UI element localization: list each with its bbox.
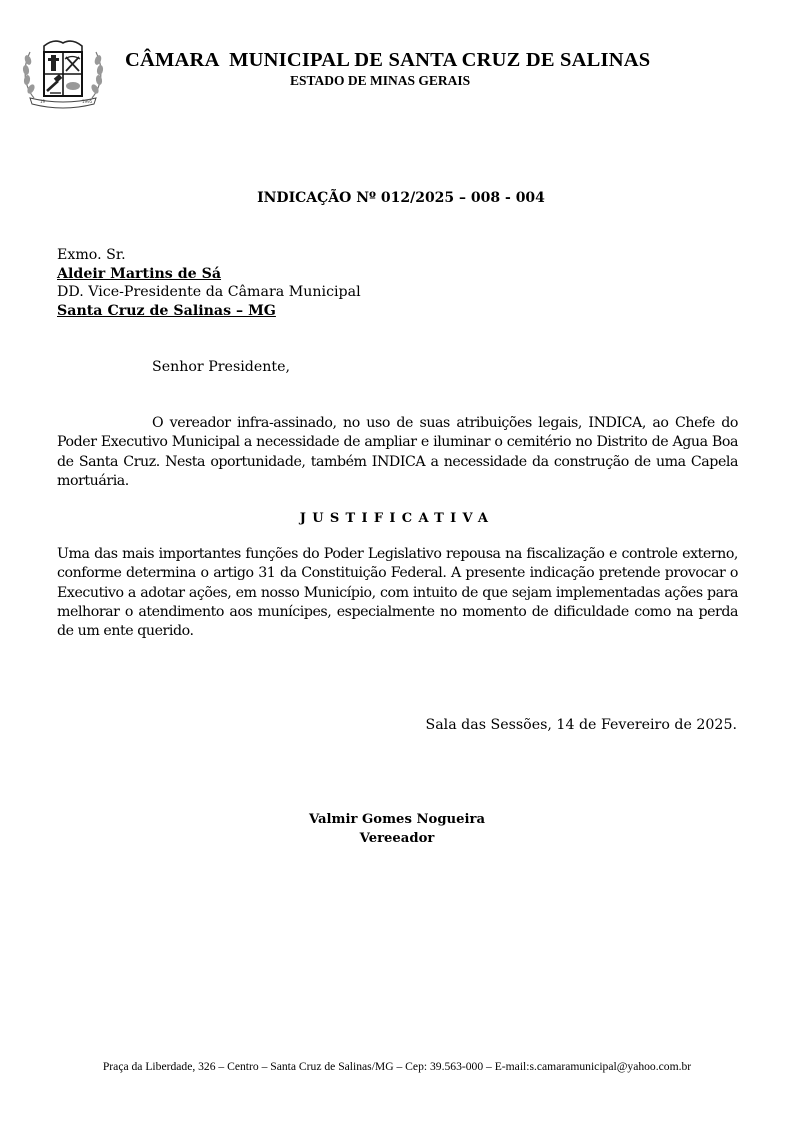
svg-text:19: 19 [40,99,46,104]
body-paragraph: O vereador infra-assinado, no uso de sua… [57,414,738,491]
place-date: Sala das Sessões, 14 de Fevereiro de 202… [425,716,737,734]
addressee-salutation: Exmo. Sr. [57,246,657,265]
addressee-name: Aldeir Martins de Sá [57,265,221,284]
document-title-text: INDICAÇÃO Nº 012/2025 – 008 - 004 [257,189,545,207]
document-title: INDICAÇÃO Nº 012/2025 – 008 - 004 [0,189,794,207]
document-page: 19 1995 CÂMARA MUNICIPAL DE SANTA CRUZ D… [0,0,794,1123]
addressee-location: Santa Cruz de Salinas – MG [57,302,276,321]
greeting: Senhor Presidente, [152,358,290,376]
signatory-title: Vereeador [0,829,794,848]
justification-heading: JUSTIFICATIVA [0,510,794,528]
signature-block: Valmir Gomes Nogueira Vereeador [0,810,794,848]
signatory-name: Valmir Gomes Nogueira [0,810,794,829]
footer-address: Praça da Liberdade, 326 – Centro – Santa… [0,1060,794,1074]
institution-name: CÂMARA MUNICIPAL DE SANTA CRUZ DE SALINA… [125,48,685,72]
justification-paragraph: Uma das mais importantes funções do Pode… [57,545,738,641]
addressee-block: Exmo. Sr. Aldeir Martins de Sá DD. Vice-… [57,246,657,320]
state-name: ESTADO DE MINAS GERAIS [290,73,550,89]
municipal-coat-of-arms-icon: 19 1995 [20,34,106,110]
addressee-role: DD. Vice-Presidente da Câmara Municipal [57,283,657,302]
svg-text:1995: 1995 [82,99,93,104]
